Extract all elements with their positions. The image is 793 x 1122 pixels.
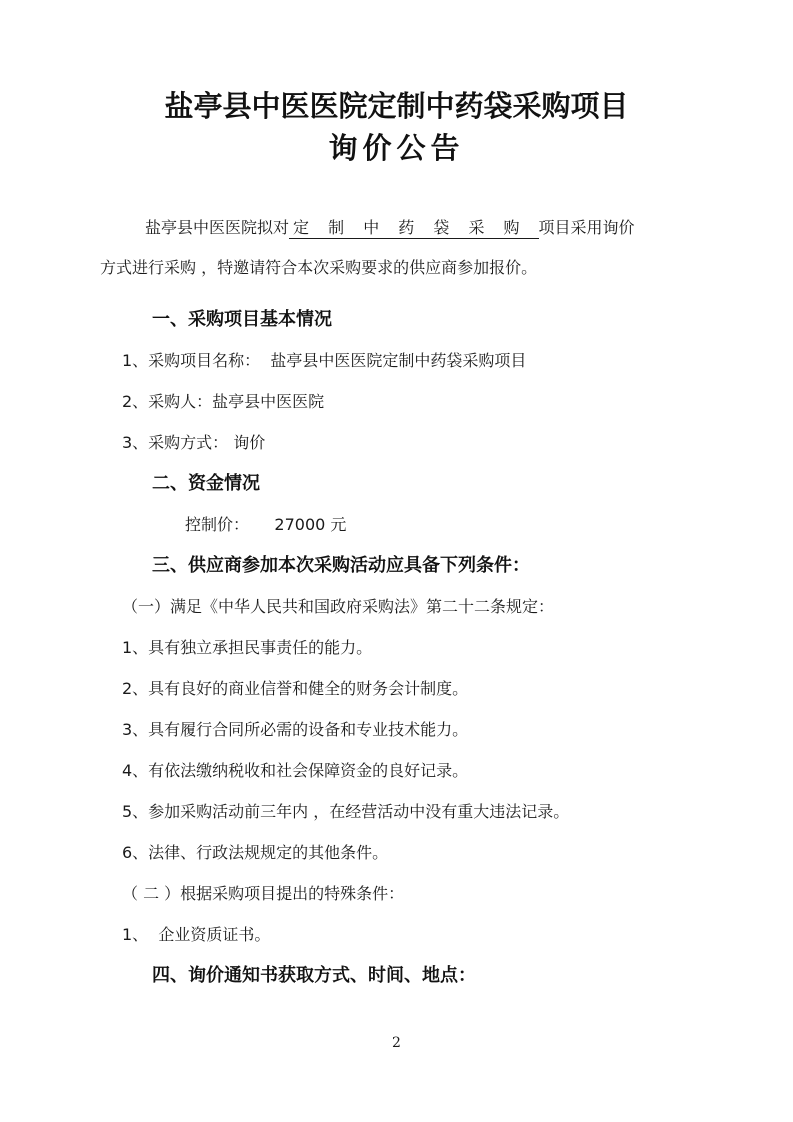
section-3-item-7: 6、法律、行政法规规定的其他条件。 [100,832,645,873]
document-body: 一、采购项目基本情况 1、采购项目名称： 盐亭县中医医院定制中药袋采购项目 2、… [100,299,645,996]
document-title: 盐亭县中医医院定制中药袋采购项目 询价公告 [0,85,793,169]
section-1-item-3: 3、采购方式： 询价 [100,422,645,463]
section-3-item-9: 1、 企业资质证书。 [100,914,645,955]
section-3-item-6: 5、参加采购活动前三年内 ，在经营活动中没有重大违法记录。 [100,791,645,832]
section-1-heading: 一、采购项目基本情况 [100,299,645,340]
section-3-item-2: 1、具有独立承担民事责任的能力。 [100,627,645,668]
document-title-line-1: 盐亭县中医医院定制中药袋采购项目 [0,85,793,127]
intro-lead-text: 盐亭县中医医院拟对 [145,218,289,237]
section-3-item-4: 3、具有履行合同所必需的设备和专业技术能力。 [100,709,645,750]
page-number: 2 [0,1033,793,1053]
document-page: 盐亭县中医医院定制中药袋采购项目 询价公告 盐亭县中医医院拟对定 制 中 药 袋… [0,0,793,1122]
section-3-heading: 三、供应商参加本次采购活动应具备下列条件： [100,545,645,586]
document-title-line-2: 询价公告 [0,127,793,169]
intro-underlined-blank: 定 制 中 药 袋 采 购 [289,218,539,239]
section-3-item-8: （ 二 ）根据采购项目提出的特殊条件： [100,873,645,914]
section-4-heading: 四、询价通知书获取方式、时间、地点： [100,955,645,996]
section-3-item-3: 2、具有良好的商业信誉和健全的财务会计制度。 [100,668,645,709]
section-2-item-1: 控制价： 27000 元 [100,504,645,545]
section-1-item-1: 1、采购项目名称： 盐亭县中医医院定制中药袋采购项目 [100,340,645,381]
section-2-heading: 二、资金情况 [100,463,645,504]
intro-paragraph: 盐亭县中医医院拟对定 制 中 药 袋 采 购项目采用询价方式进行采购 ，特邀请符… [100,208,645,288]
section-3-item-5: 4、有依法缴纳税收和社会保障资金的良好记录。 [100,750,645,791]
section-1-item-2: 2、采购人：盐亭县中医医院 [100,381,645,422]
section-3-item-1: （一）满足《中华人民共和国政府采购法》第二十二条规定： [100,586,645,627]
